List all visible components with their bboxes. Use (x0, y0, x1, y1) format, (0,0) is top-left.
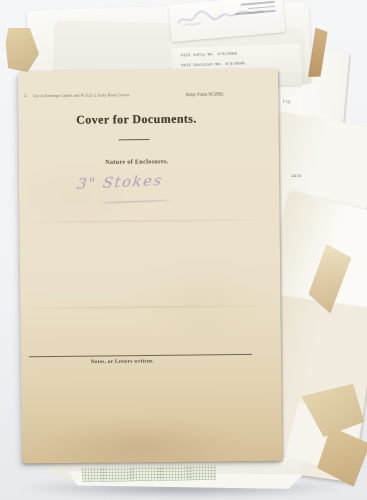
graph-paper-edge (82, 465, 216, 482)
notes-rule (29, 354, 252, 357)
title-rule (119, 139, 150, 140)
corner-numeral: 2 (24, 93, 26, 98)
form-header-row: 2 Use in Envelope Labels and W.3121-2 Ar… (18, 91, 278, 104)
cover-for-documents-form: 2 Use in Envelope Labels and W.3121-2 Ar… (18, 69, 282, 464)
typed-reference-line: VIII Infty No. 4/3/2556. (181, 51, 250, 59)
text-fragment: rly (283, 100, 291, 105)
nature-of-enclosures-label: Nature of Enclosures. (69, 157, 205, 165)
army-form-number: Army Form W.3996. (185, 91, 224, 97)
notes-or-letters-label: Notes, or Letters written. (91, 358, 154, 364)
handwritten-underline (101, 200, 171, 204)
photo-document-stack: VIII Infty No. 4/3/2556. VIII Division N… (0, 0, 367, 500)
form-title: Cover for Documents. (36, 111, 236, 128)
text-fragment: ials (291, 174, 301, 179)
paper-crease (24, 305, 268, 310)
form-small-print: Use in Envelope Labels and W.3121-2 Army… (33, 93, 130, 98)
typed-reference-line: VIII Division No. 4/3/2556. (181, 61, 250, 69)
handwritten-enclosure-entry: 3" Stokes (76, 171, 164, 193)
paper-crease (24, 219, 268, 224)
